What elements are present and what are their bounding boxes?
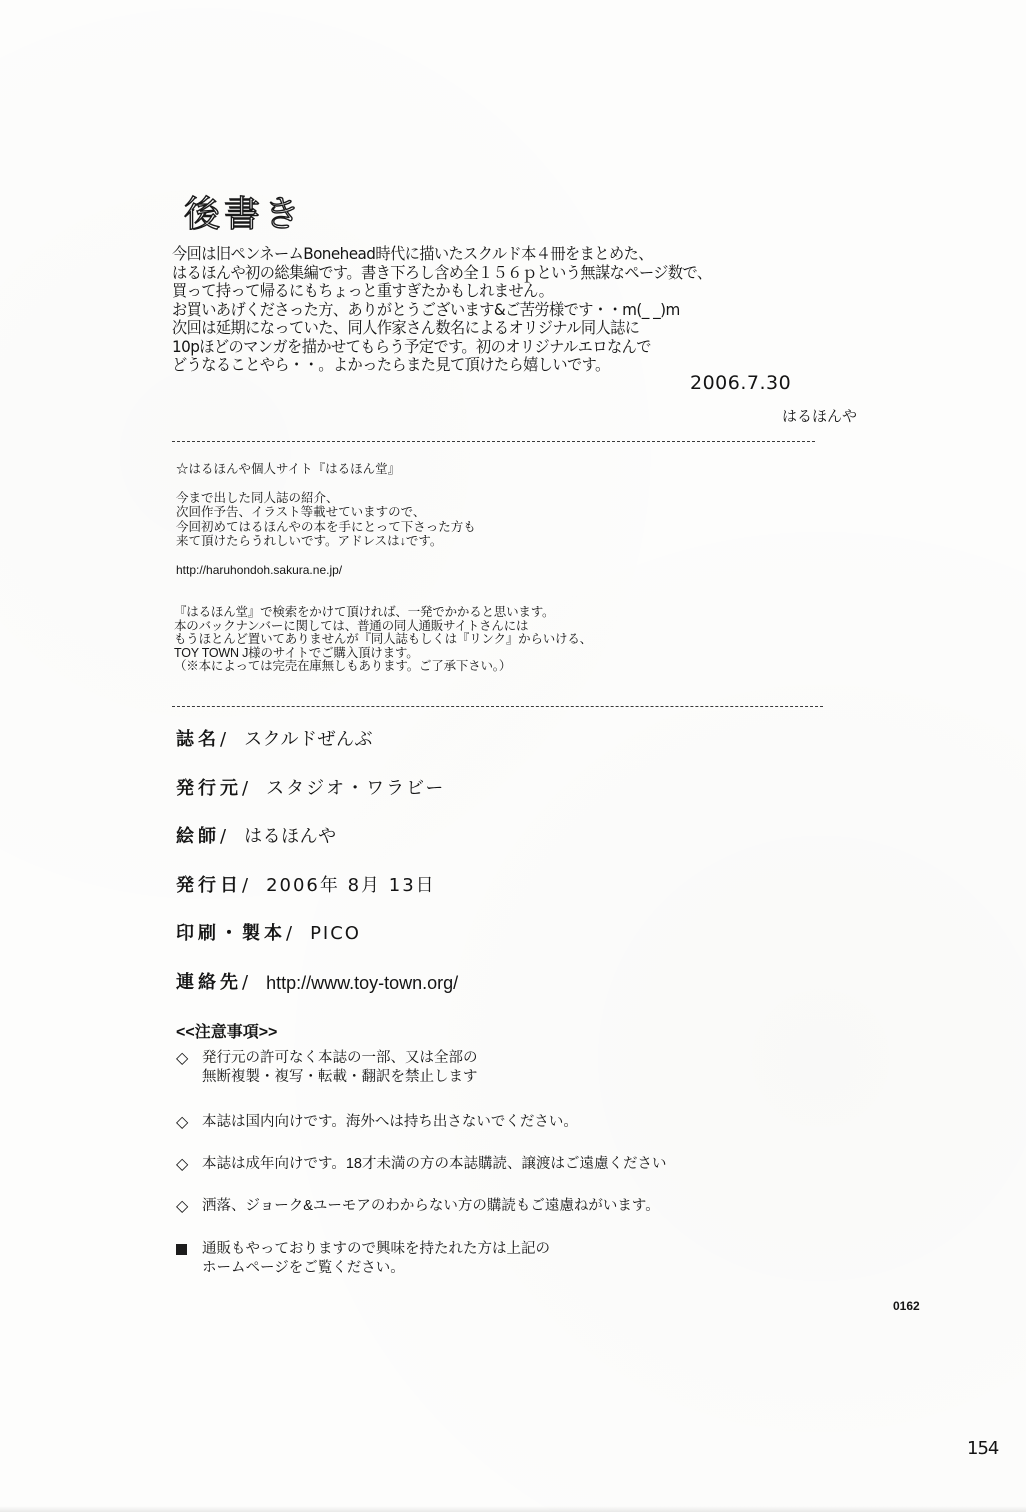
note-line: 発行元の許可なく本誌の一部、又は全部の [202, 1049, 478, 1068]
scan-bottom-edge [0, 1506, 1026, 1512]
diamond-bullet-icon: ◇ [176, 1155, 202, 1174]
colophon-contact-url: http://www.toy-town.org/ [266, 971, 458, 995]
site-info-line: 次回作予告、イラスト等載せていますので、 [176, 505, 816, 520]
shop-info-line: もうほとんど置いてありませんが『同人誌もしくは『リンク』からいける、 [174, 633, 824, 647]
colophon-separator: / [286, 922, 292, 946]
note-line: 本誌は国内向けです。海外へは持ち出さないでください。 [202, 1113, 578, 1132]
colophon-row-printer: 印刷・製本 / PICO [176, 922, 776, 971]
note-line: ホームページをご覧ください。 [202, 1259, 550, 1278]
colophon-label: 発行元 [176, 777, 242, 801]
colophon-row-artist: 絵師 / はるほんや [176, 825, 776, 874]
site-info-line: 今回初めてはるほんやの本を手にとって下さった方も [176, 520, 816, 535]
afterword-line: 今回は旧ペンネームBonehead時代に描いたスクルド本４冊をまとめた、 [172, 245, 799, 264]
colophon-row-contact: 連絡先 / http://www.toy-town.org/ [176, 971, 776, 1020]
colophon-value: PICO [310, 922, 361, 946]
colophon-row-title: 誌名 / スクルドぜんぶ [176, 728, 776, 777]
note-item: ◇ 本誌は成年向けです。18才未満の方の本誌購読、譲渡はご遠慮ください [176, 1155, 796, 1197]
colophon-row-publisher: 発行元 / スタジオ・ワラビー [176, 777, 776, 826]
site-info-line: 来て頂けたらうれしいです。アドレスは↓です。 [176, 534, 816, 549]
site-info-heading: ☆はるほんや個人サイト『はるほん堂』 [176, 462, 816, 477]
shop-info-line: （※本によっては完売在庫無しもあります。ご了承下さい。） [174, 660, 824, 674]
page-number: 154 [967, 1438, 998, 1459]
afterword-signature: はるほんや [782, 405, 857, 426]
note-item: 通販もやっておりますので興味を持たれた方は上記の ホームページをご覧ください。 [176, 1240, 796, 1284]
square-bullet-icon [176, 1240, 202, 1260]
afterword-line: お買いあげくださった方、ありがとうございます&ご苦労様です・・m(_ _)m [172, 301, 799, 320]
afterword-line: 次回は延期になっていた、同人作家さん数名によるオリジナル同人誌に [172, 319, 799, 338]
note-text: 発行元の許可なく本誌の一部、又は全部の 無断複製・複写・転載・翻訳を禁止します [202, 1049, 478, 1087]
note-item: ◇ 本誌は国内向けです。海外へは持ち出さないでください。 [176, 1113, 796, 1155]
note-text: 本誌は国内向けです。海外へは持ち出さないでください。 [202, 1113, 578, 1132]
colophon-label: 発行日 [176, 874, 242, 898]
diamond-bullet-icon: ◇ [176, 1113, 202, 1132]
site-info-block: ☆はるほんや個人サイト『はるほん堂』 今まで出した同人誌の紹介、 次回作予告、イ… [176, 462, 816, 577]
note-item: ◇ 発行元の許可なく本誌の一部、又は全部の 無断複製・複写・転載・翻訳を禁止しま… [176, 1049, 796, 1113]
note-text: 本誌は成年向けです。18才未満の方の本誌購読、譲渡はご遠慮ください [202, 1155, 666, 1174]
afterword-date: 2006.7.30 [690, 372, 791, 394]
site-url: http://haruhondoh.sakura.ne.jp/ [176, 563, 816, 578]
shop-info-block: 『はるほん堂』で検索をかけて頂ければ、一発でかかると思います。 本のバックナンバ… [174, 606, 824, 674]
colophon-value: スクルドぜんぶ [244, 728, 373, 752]
afterword-line: 10pほどのマンガを描かせてもらう予定です。初のオリジナルエロなんで [172, 338, 799, 357]
site-info-line: 今まで出した同人誌の紹介、 [176, 491, 816, 506]
note-line: 洒落、ジョーク&ユーモアのわからない方の購読もご遠慮ねがいます。 [202, 1197, 660, 1216]
note-line: 本誌は成年向けです。18才未満の方の本誌購読、譲渡はご遠慮ください [202, 1155, 666, 1174]
diamond-bullet-icon: ◇ [176, 1197, 202, 1216]
shop-info-line: 『はるほん堂』で検索をかけて頂ければ、一発でかかると思います。 [174, 606, 824, 620]
notes-title: <<注意事項>> [176, 1019, 277, 1042]
diamond-bullet-icon: ◇ [176, 1049, 202, 1068]
colophon-label: 連絡先 [176, 971, 242, 995]
colophon-separator: / [242, 777, 248, 801]
afterword-title: 後書き [184, 186, 304, 237]
colophon-separator: / [220, 825, 226, 849]
dashed-divider [172, 706, 823, 707]
note-line: 通販もやっておりますので興味を持たれた方は上記の [202, 1240, 550, 1259]
afterword-line: はるほんや初の総集編です。書き下ろし含め全１５６ｐという無謀なページ数で、 [172, 264, 799, 283]
colophon-separator: / [242, 874, 248, 898]
catalog-code: 0162 [893, 1299, 920, 1313]
note-text: 通販もやっておりますので興味を持たれた方は上記の ホームページをご覧ください。 [202, 1240, 550, 1278]
note-item: ◇ 洒落、ジョーク&ユーモアのわからない方の購読もご遠慮ねがいます。 [176, 1197, 796, 1240]
dashed-divider [172, 441, 815, 442]
colophon-value: スタジオ・ワラビー [266, 777, 445, 801]
note-text: 洒落、ジョーク&ユーモアのわからない方の購読もご遠慮ねがいます。 [202, 1197, 660, 1216]
colophon: 誌名 / スクルドぜんぶ 発行元 / スタジオ・ワラビー 絵師 / はるほんや … [176, 728, 776, 1019]
colophon-value: 2006年 8月 13日 [266, 874, 436, 898]
notes-list: ◇ 発行元の許可なく本誌の一部、又は全部の 無断複製・複写・転載・翻訳を禁止しま… [176, 1049, 796, 1284]
colophon-separator: / [220, 728, 226, 752]
afterword-body: 今回は旧ペンネームBonehead時代に描いたスクルド本４冊をまとめた、 はるほ… [172, 245, 799, 375]
afterword-line: 買って持って帰るにもちょっと重すぎたかもしれません。 [172, 282, 799, 301]
colophon-label: 誌名 [176, 728, 220, 752]
colophon-label: 印刷・製本 [176, 922, 286, 946]
colophon-value: はるほんや [244, 825, 337, 849]
colophon-row-date: 発行日 / 2006年 8月 13日 [176, 874, 776, 923]
colophon-label: 絵師 [176, 825, 220, 849]
note-line: 無断複製・複写・転載・翻訳を禁止します [202, 1068, 478, 1087]
colophon-separator: / [242, 971, 248, 995]
